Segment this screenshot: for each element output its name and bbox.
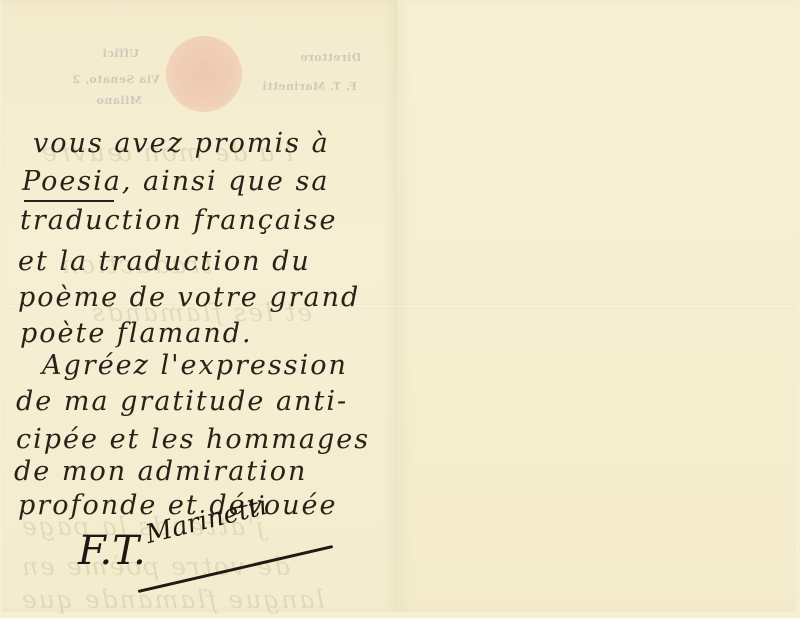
letter-line-3: traduction française (20, 205, 337, 236)
signature-initials: F.T. (78, 528, 146, 574)
letter-line-1: vous avez promis à (33, 128, 330, 159)
handwritten-body: l'a de mon œuvre traduction et les flama… (0, 0, 398, 618)
poesia-underline (24, 200, 114, 202)
letter-line-8: de ma gratitude anti- (16, 386, 348, 417)
letter-line-4: et la traduction du (18, 246, 311, 277)
bleed-line: langue flamande que (20, 585, 324, 614)
letter-line-6: poète flamand. (20, 318, 253, 349)
letter-line-7: Agréez l'expression (42, 350, 348, 381)
letter-line-10: de mon admiration (14, 456, 307, 487)
letter-line-9: cipée et les hommages (16, 424, 370, 455)
right-page-blank (398, 0, 796, 612)
letter-sheet: Direttore F. T. Marinetti Uffici Via Sen… (0, 0, 800, 618)
letter-line-5: poème de votre grand (18, 282, 360, 313)
letter-line-2: Poesia, ainsi que sa (22, 166, 329, 197)
